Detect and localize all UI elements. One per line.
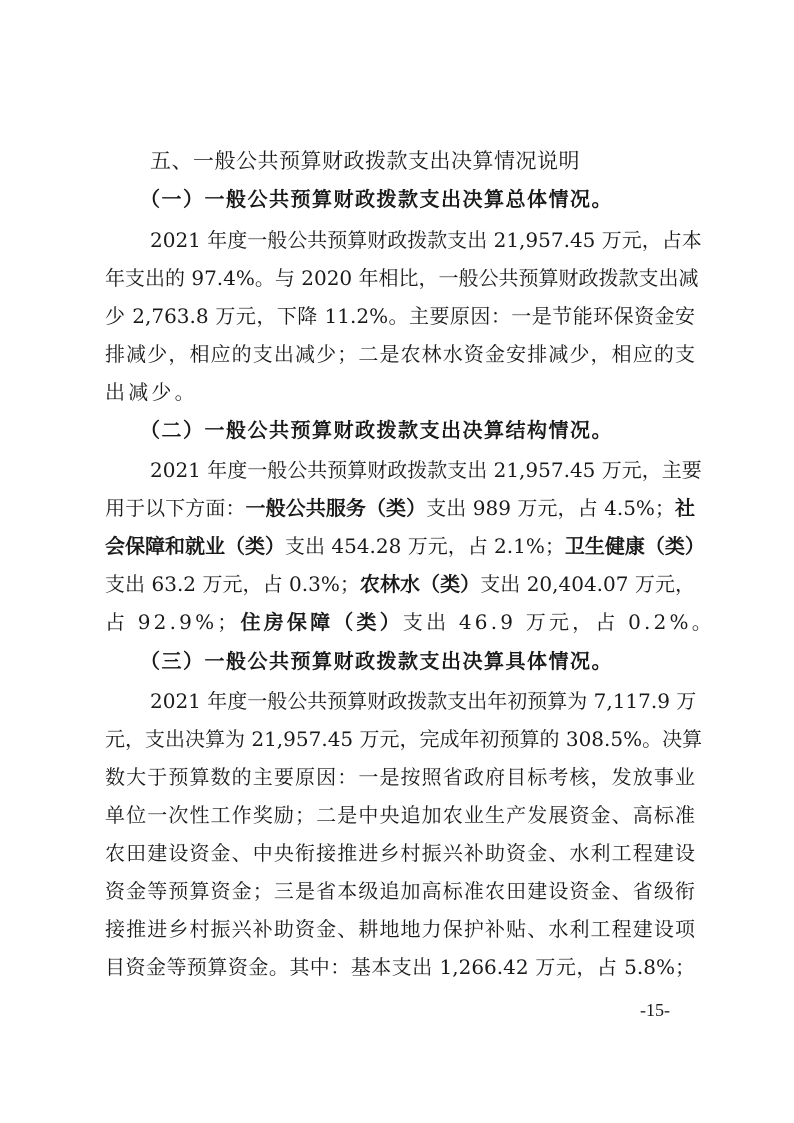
paragraph-line: 元，支出决算为 21,957.45 万元，完成年初预算的 308.5%。决算 [105,721,695,757]
subsection-heading-1: （一）一般公共预算财政拨款支出决算总体情况。 [140,181,730,217]
paragraph-line: 2021 年度一般公共预算财政拨款支出 21,957.45 万元，主要 [150,452,695,488]
text-run: 支出 454.28 万元，占 2.1%； [285,534,565,558]
text-run: 占 92.9%； [105,610,241,634]
paragraph-line: 少 2,763.8 万元，下降 11.2%。主要原因：一是节能环保资金安 [105,298,695,334]
paragraph-line: 目资金等预算资金。其中：基本支出 1,266.42 万元，占 5.8%； [105,949,695,985]
paragraph-line: 排减少，相应的支出减少；二是农林水资金安排减少，相应的支 [105,336,695,372]
category-general-public-services: 一般公共服务（类） [246,496,427,520]
paragraph-line: 资金等预算资金；三是省本级追加高标准农田建设资金、省级衔 [105,873,695,909]
page-number: -15- [640,1000,670,1021]
text-run: 用于以下方面： [105,496,246,520]
text-run: 支出 989 万元，占 4.5%； [426,496,675,520]
paragraph-line: 年支出的 97.4%。与 2020 年相比，一般公共预算财政拨款支出减 [105,260,695,296]
text-run: 支出 63.2 万元，占 0.3%； [105,572,360,596]
paragraph-line: 2021 年度一般公共预算财政拨款支出 21,957.45 万元，占本 [150,222,695,258]
paragraph-line: 2021 年度一般公共预算财政拨款支出年初预算为 7,117.9 万 [150,683,695,719]
text-run: 支出 46.9 万元，占 0.2%。 [403,610,715,634]
text-run: 支出 20,404.07 万元， [480,572,695,596]
subsection-heading-3: （三）一般公共预算财政拨款支出决算具体情况。 [140,643,730,679]
category-social-security-end: 会保障和就业（类） [105,534,285,558]
category-agriculture: 农林水（类） [360,572,480,596]
section-title: 五、一般公共预算财政拨款支出决算情况说明 [150,143,740,179]
document-page: 五、一般公共预算财政拨款支出决算情况说明 （一）一般公共预算财政拨款支出决算总体… [0,0,794,1123]
paragraph-line: 出减少。 [105,374,695,410]
subsection-heading-2: （二）一般公共预算财政拨款支出决算结构情况。 [140,412,730,448]
category-health: 卫生健康（类） [565,534,705,558]
paragraph-line: 支出 63.2 万元，占 0.3%；农林水（类）支出 20,404.07 万元， [105,566,695,602]
paragraph-line: 农田建设资金、中央衔接推进乡村振兴补助资金、水利工程建设 [105,835,695,871]
paragraph-line: 数大于预算数的主要原因：一是按照省政府目标考核，发放事业 [105,759,695,795]
paragraph-line: 会保障和就业（类）支出 454.28 万元，占 2.1%；卫生健康（类） [105,528,695,564]
category-social-security-start: 社 [675,496,695,520]
category-housing: 住房保障（类） [241,610,403,634]
paragraph-line: 接推进乡村振兴补助资金、耕地地力保护补贴、水利工程建设项 [105,911,695,947]
paragraph-line: 单位一次性工作奖励；二是中央追加农业生产发展资金、高标准 [105,797,695,833]
paragraph-line: 占 92.9%；住房保障（类）支出 46.9 万元，占 0.2%。 [105,604,695,640]
paragraph-line: 用于以下方面：一般公共服务（类）支出 989 万元，占 4.5%；社 [105,490,695,526]
